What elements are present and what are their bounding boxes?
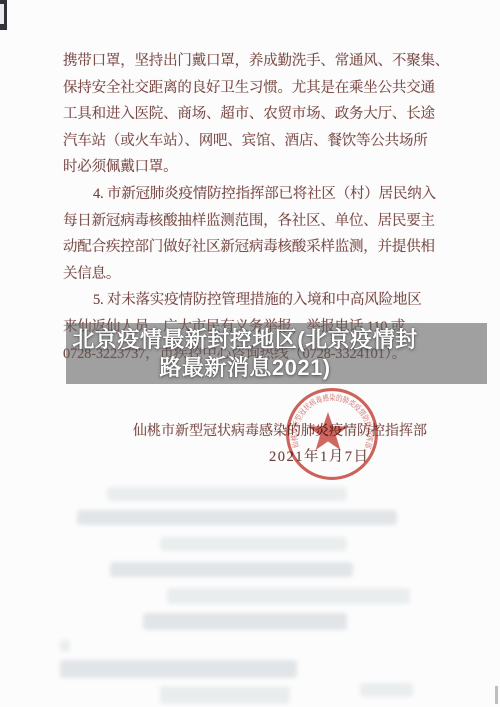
document-line: 时必须佩戴口罩。 [63,154,443,181]
seal-star-icon [308,412,348,450]
bleed-through-mark [160,686,290,704]
document-line: 携带口罩，坚持出门戴口罩，养成勤洗手、常通风、不聚集、 [63,48,443,75]
document-line-item-4: 4. 市新冠肺炎疫情防控指挥部已将社区（村）居民纳入 [63,181,443,208]
bleed-through-mark [360,683,413,697]
bleed-through-mark [60,640,70,652]
scan-edge-mark [495,686,498,704]
document-line: 动配合疾控部门做好社区新冠病毒核酸采样监测，并提供相 [63,234,443,261]
document-line: 每日新冠病毒核酸抽样监测范围，各社区、单位、居民要主 [63,208,443,235]
bleed-through-mark [60,660,297,678]
headline-title-line1: 北京疫情最新封控地区(北京疫情封 [0,326,490,354]
signature-line: 仙桃市新型冠状病毒感染的肺炎疫情防控指挥部 [133,420,427,440]
document-line: 汽车站（或火车站）、网吧、宾馆、酒店、餐饮等公共场所 [63,128,443,155]
document-page: 携带口罩，坚持出门戴口罩，养成勤洗手、常通风、不聚集、 保持安全社交距离的良好卫… [0,0,500,707]
bleed-through-mark [143,613,347,630]
bleed-through-mark [160,537,347,551]
bleed-through-mark [77,510,397,525]
document-line: 工具和进入医院、商场、超市、农贸市场、政务大厅、长途 [63,101,443,128]
bleed-through-mark [107,487,347,501]
official-seal-stamp: 仙桃市新型冠状病毒感染的肺炎疫情防控指挥部 [284,386,380,482]
headline-title-line2: 路最新消息2021) [0,354,490,382]
bleed-through-mark [167,588,410,604]
scan-corner-mark [0,0,7,30]
document-line: 保持安全社交距离的良好卫生习惯。尤其是在乘坐公共交通 [63,75,443,102]
document-body: 携带口罩，坚持出门戴口罩，养成勤洗手、常通风、不聚集、 保持安全社交距离的良好卫… [63,48,443,367]
document-line: 关信息。 [63,261,443,288]
document-line-item-5: 5. 对未落实疫情防控管理措施的入境和中高风险地区 [63,287,443,314]
bleed-through-mark [110,562,353,577]
scan-corner-mark-inner [0,4,4,24]
headline-title: 北京疫情最新封控地区(北京疫情封 路最新消息2021) [0,326,490,382]
